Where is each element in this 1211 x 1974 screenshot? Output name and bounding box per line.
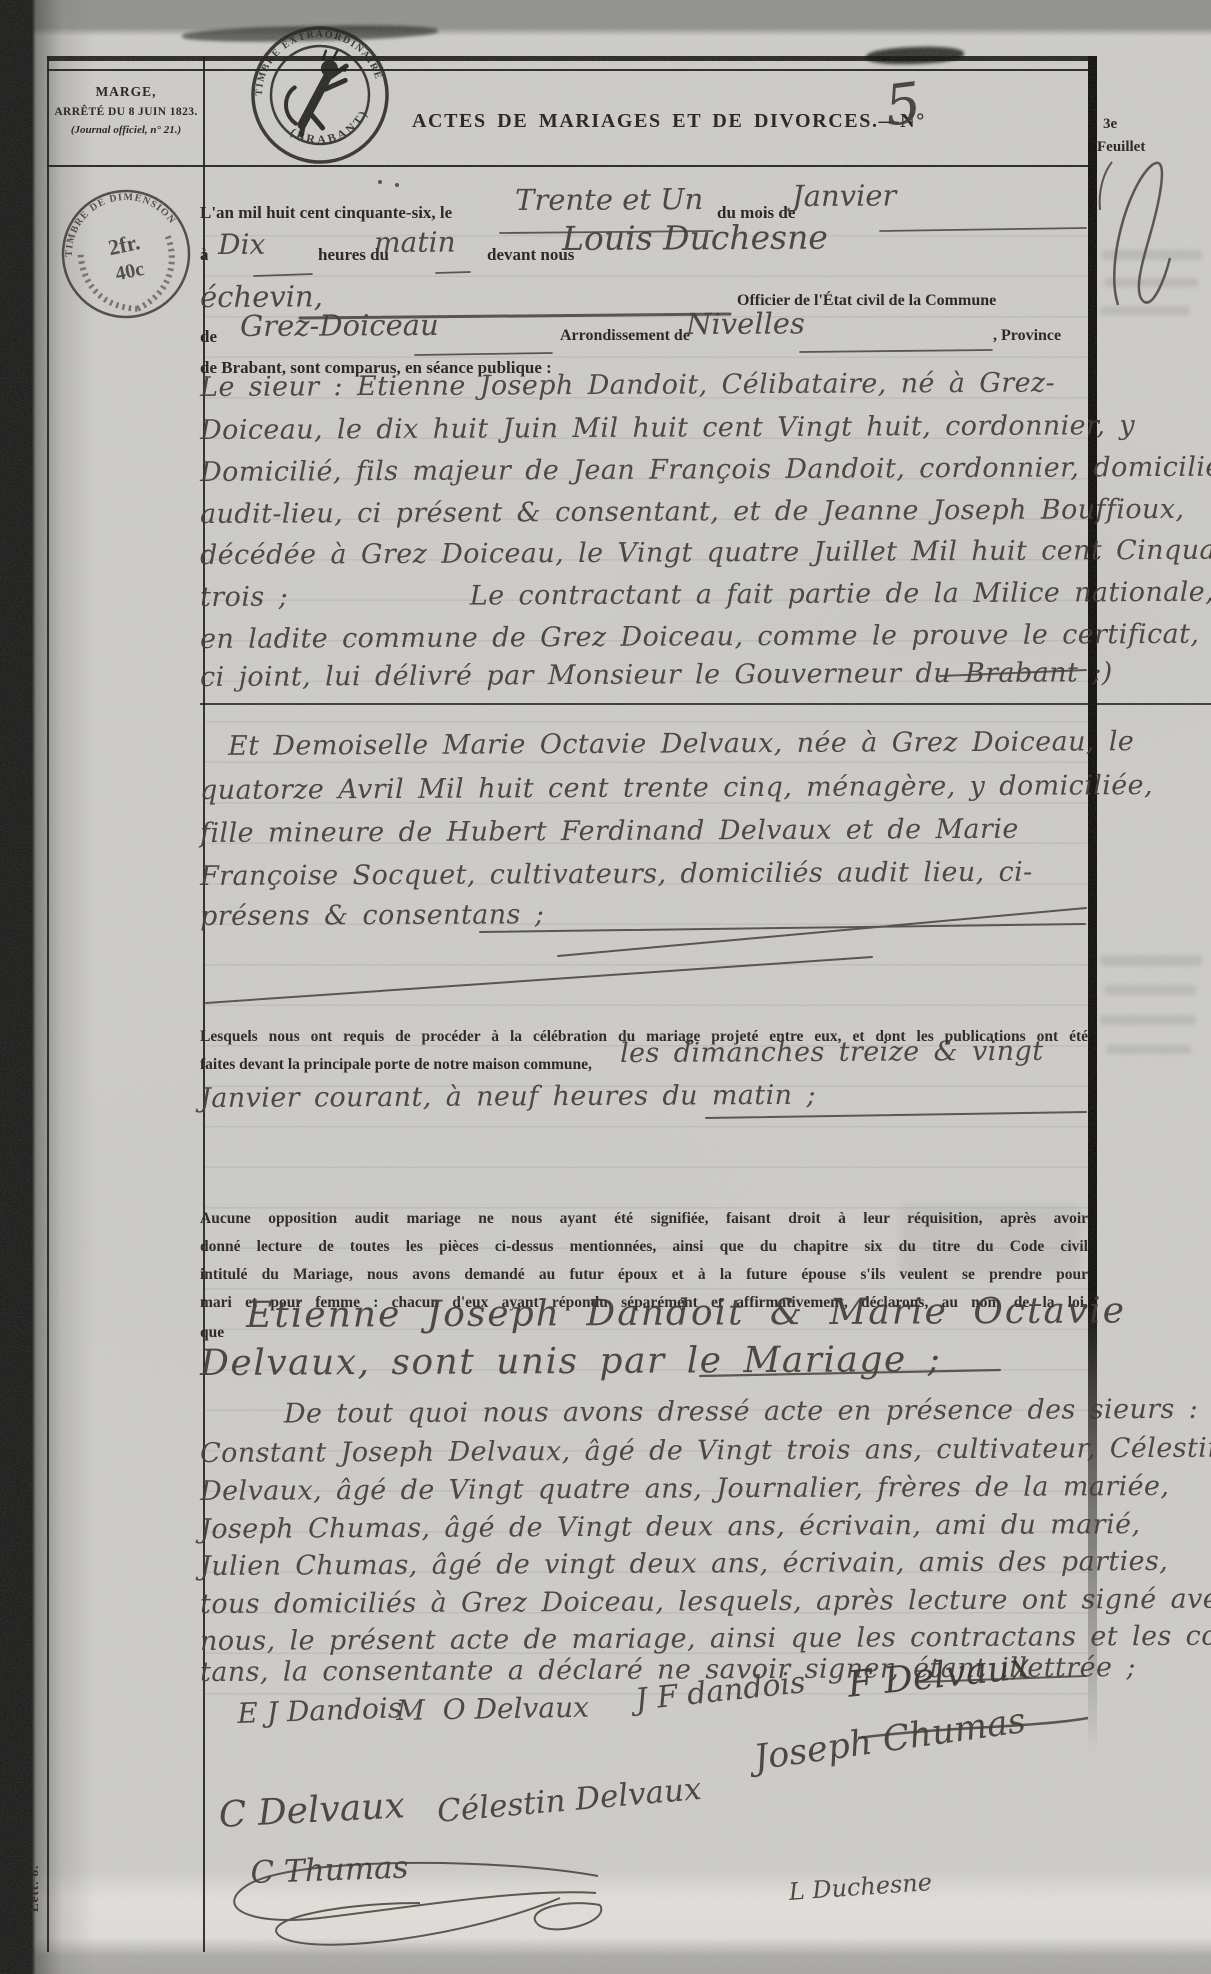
- void-strike-line: [206, 957, 872, 1003]
- lion-rampant-icon: [279, 48, 355, 136]
- void-strike-line: [558, 908, 1086, 956]
- seal-ring-bottom-text: (BRABANT): [285, 105, 375, 152]
- svg-text:(BRABANT): (BRABANT): [285, 105, 375, 152]
- brabant-lion-seal: TIMBRE EXTRAORDINAIRE (BRABANT): [244, 19, 395, 170]
- svg-text:TIMBRE EXTRAORDINAIRE: TIMBRE EXTRAORDINAIRE: [246, 20, 384, 98]
- hand-drawn-rules: [206, 180, 1086, 1682]
- timbre-dimension-stamp: TIMBRE DE DIMENSION 2fr. 40c: [51, 179, 200, 328]
- signature-flourishes: [234, 1718, 1088, 1945]
- ink-strokes-and-seals: TIMBRE EXTRAORDINAIRE (BRABANT): [0, 0, 1211, 1974]
- scanned-marriage-act: MARGE, ARRÊTÉ DU 8 JUIN 1823. (Journal o…: [0, 0, 1211, 1974]
- folio-paraph-flourish: [1100, 162, 1170, 305]
- stamp-value-francs: 2fr.: [106, 229, 142, 260]
- seal-ring-top-text: TIMBRE EXTRAORDINAIRE: [246, 20, 384, 98]
- stamp-value-centimes: 40c: [113, 258, 146, 286]
